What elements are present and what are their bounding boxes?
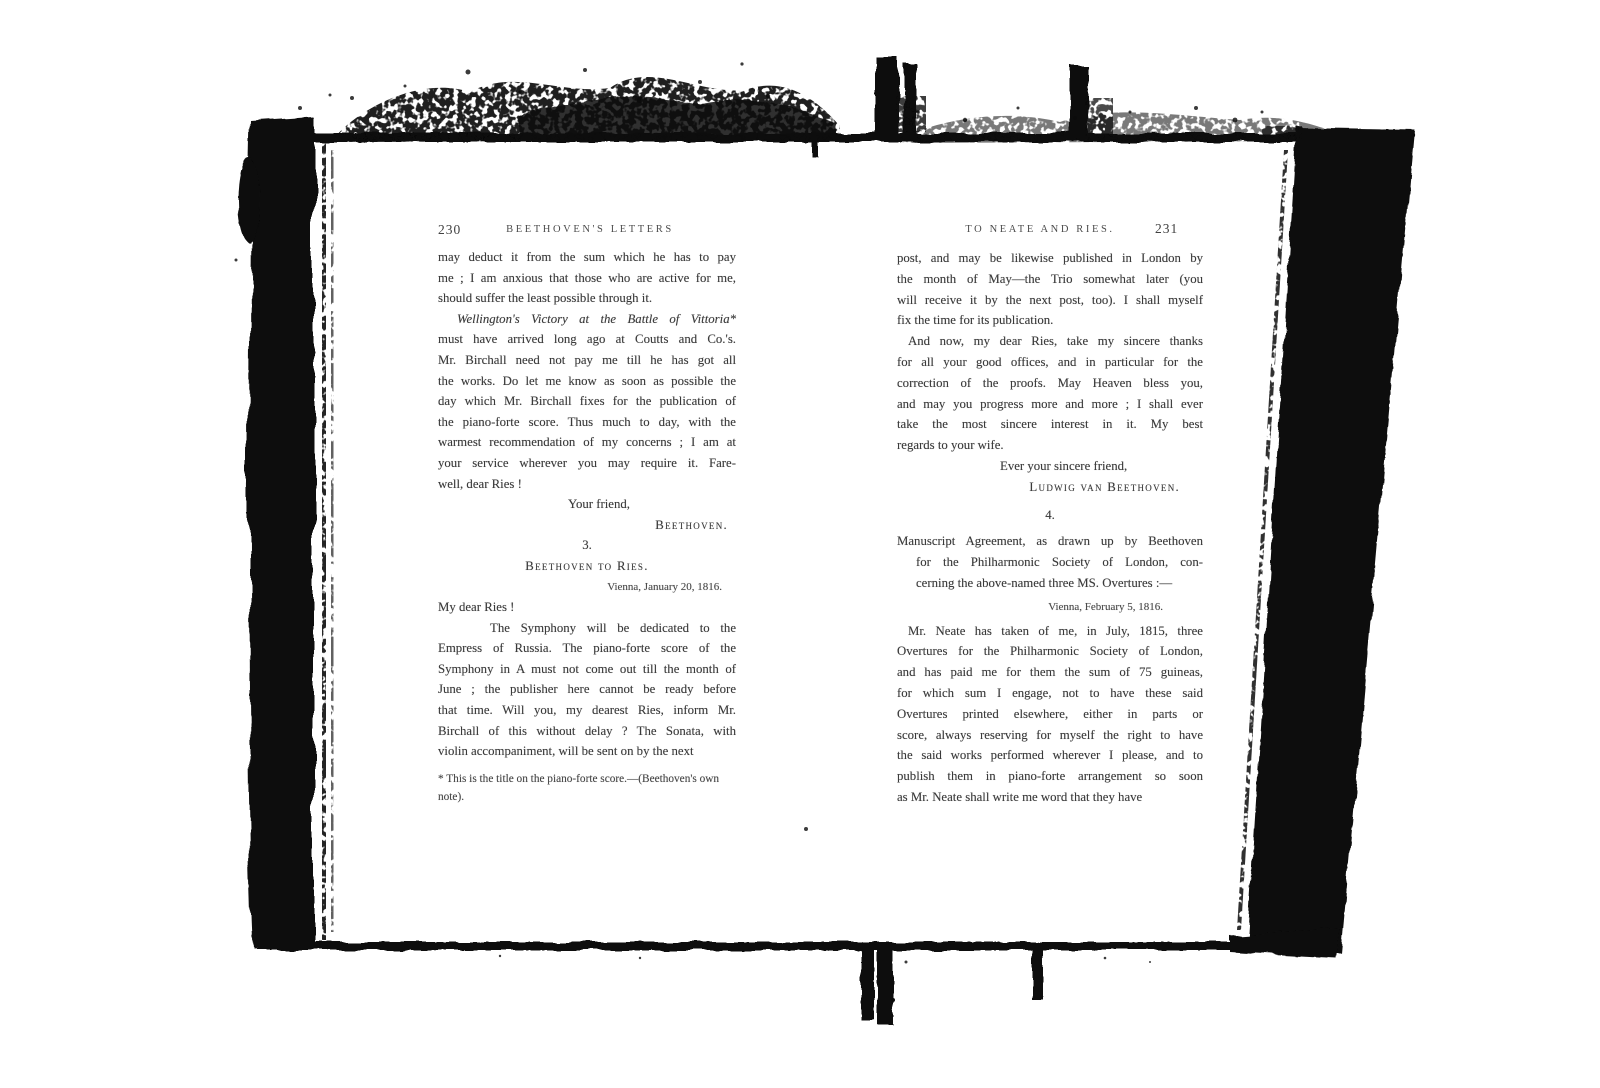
text-line: may deduct it from the sum which he has … xyxy=(438,247,736,268)
text-line: and may you progress more and more ; I s… xyxy=(897,394,1203,415)
text-line: Mr. Birchall need not pay me till he has… xyxy=(438,350,736,371)
text-line: cerning the above-named three MS. Overtu… xyxy=(897,573,1203,594)
left-page-text: may deduct it from the sum which he has … xyxy=(438,247,736,762)
text-line: for which sum I engage, not to have thes… xyxy=(897,683,1203,704)
text-line: 4. xyxy=(897,505,1203,526)
text-line: Overtures printed elsewhere, either in p… xyxy=(897,704,1203,725)
text-line: regards to your wife. xyxy=(897,435,1203,456)
text-line: score, always reserving for myself the r… xyxy=(897,725,1203,746)
text-line: for the Philharmonic Society of London, … xyxy=(897,552,1203,573)
text-line: Wellington's Victory at the Battle of Vi… xyxy=(438,309,736,330)
text-line: fix the time for its publication. xyxy=(897,310,1203,331)
text-line: take the most sincere interest in it. My… xyxy=(897,414,1203,435)
running-head-right: TO NEATE AND RIES. xyxy=(920,224,1160,235)
footnote-line: * This is the title on the piano-forte s… xyxy=(438,770,736,788)
left-page-footnote: * This is the title on the piano-forte s… xyxy=(438,770,736,806)
text-line: Beethoven. xyxy=(438,515,736,536)
text-line: the works. Do let me know as soon as pos… xyxy=(438,371,736,392)
text-line: Ever your sincere friend, xyxy=(897,456,1203,477)
text-line: as Mr. Neate shall write me word that th… xyxy=(897,787,1203,808)
text-line: the said works performed wherever I plea… xyxy=(897,745,1203,766)
text-line: Vienna, February 5, 1816. xyxy=(897,597,1203,618)
text-line: correction of the proofs. May Heaven ble… xyxy=(897,373,1203,394)
text-line: 3. xyxy=(438,535,736,556)
footnote-line: note). xyxy=(438,788,736,806)
book-scan: 230 BEETHOVEN'S LETTERS may deduct it fr… xyxy=(0,0,1600,1088)
text-line: Mr. Neate has taken of me, in July, 1815… xyxy=(897,621,1203,642)
text-line: for all your good offices, and in partic… xyxy=(897,352,1203,373)
text-line: your service wherever you may require it… xyxy=(438,453,736,474)
text-line: Your friend, xyxy=(438,494,736,515)
text-line: the month of May—the Trio somewhat later… xyxy=(897,269,1203,290)
text-line: well, dear Ries ! xyxy=(438,474,736,495)
text-line: Symphony in A must not come out till the… xyxy=(438,659,736,680)
ink-shapes xyxy=(235,57,1415,1024)
text-line: must have arrived long ago at Coutts and… xyxy=(438,329,736,350)
text-line: will receive it by the next post, too). … xyxy=(897,290,1203,311)
text-line: Manuscript Agreement, as drawn up by Bee… xyxy=(897,531,1203,552)
text-line: violin accompaniment, will be sent on by… xyxy=(438,741,736,762)
text-line: June ; the publisher here cannot be read… xyxy=(438,679,736,700)
text-line: Empress of Russia. The piano-forte score… xyxy=(438,638,736,659)
text-line: Ludwig van Beethoven. xyxy=(897,477,1203,498)
text-line: And now, my dear Ries, take my sincere t… xyxy=(897,331,1203,352)
text-line: The Symphony will be dedicated to the xyxy=(438,618,736,639)
text-line: My dear Ries ! xyxy=(438,597,736,618)
text-line: post, and may be likewise published in L… xyxy=(897,248,1203,269)
text-line: day which Mr. Birchall fixes for the pub… xyxy=(438,391,736,412)
text-line: Birchall of this without delay ? The Son… xyxy=(438,721,736,742)
text-line: should suffer the least possible through… xyxy=(438,288,736,309)
page-number-left: 230 xyxy=(438,222,461,238)
running-head-left: BEETHOVEN'S LETTERS xyxy=(470,224,710,235)
text-line: me ; I am anxious that those who are act… xyxy=(438,268,736,289)
text-line: Overtures for the Philharmonic Society o… xyxy=(897,641,1203,662)
text-line: Vienna, January 20, 1816. xyxy=(438,577,736,598)
text-line: the piano-forte score. Thus much to day,… xyxy=(438,412,736,433)
text-line: publish them in piano-forte arrangement … xyxy=(897,766,1203,787)
scan-ink-border xyxy=(0,0,1600,1088)
text-line: that time. Will you, my dearest Ries, in… xyxy=(438,700,736,721)
page-number-right: 231 xyxy=(1155,221,1178,237)
right-page-text: post, and may be likewise published in L… xyxy=(897,248,1203,808)
text-line: and has paid me for them the sum of 75 g… xyxy=(897,662,1203,683)
text-line: warmest recommendation of my concerns ; … xyxy=(438,432,736,453)
text-line: Beethoven to Ries. xyxy=(438,556,736,577)
